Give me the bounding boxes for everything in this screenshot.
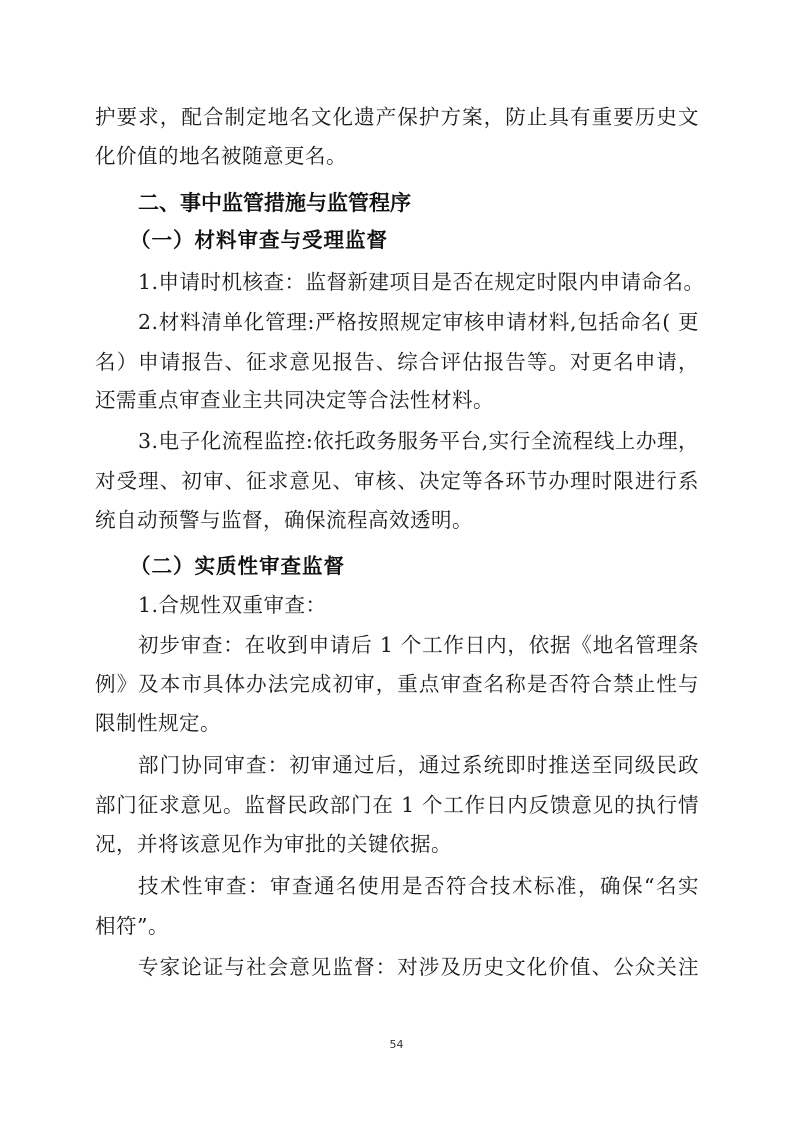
body-line: 1.合规性双重审查：	[138, 590, 699, 620]
body-line: 名）申请报告、征求意见报告、综合评估报告等。对更名申请，	[95, 347, 699, 377]
body-line: 限制性规定。	[95, 708, 699, 738]
body-line: 护要求，配合制定地名文化遗产保护方案，防止具有重要历史文	[95, 102, 699, 132]
subsection-heading: （一）材料审查与受理监督	[130, 225, 388, 255]
body-line: 相符”。	[95, 911, 699, 941]
page-number: 54	[0, 1038, 793, 1051]
body-line: 2.材料清单化管理:严格按照规定审核申请材料,包括命名( 更	[138, 307, 699, 337]
body-line: 况，并将该意见作为审批的关键依据。	[95, 829, 699, 859]
body-line: 1.申请时机核查：监督新建项目是否在规定时限内申请命名。	[138, 267, 699, 297]
body-line: 技术性审查：审查通名使用是否符合技术标准，确保“名实	[138, 871, 699, 901]
body-line: 初步审查：在收到申请后 1 个工作日内，依据《地名管理条	[138, 630, 699, 660]
body-line: 例》及本市具体办法完成初审，重点审查名称是否符合禁止性与	[95, 669, 699, 699]
body-line: 化价值的地名被随意更名。	[95, 141, 699, 171]
body-line: 部门征求意见。监督民政部门在 1 个工作日内反馈意见的执行情	[95, 790, 699, 820]
section-heading: 二、事中监管措施与监管程序	[138, 188, 411, 218]
body-line: 还需重点审查业主共同决定等合法性材料。	[95, 385, 699, 415]
body-line: 对受理、初审、征求意见、审核、决定等各环节办理时限进行系	[95, 466, 699, 496]
subsection-heading: （二）实质性审查监督	[130, 551, 345, 581]
body-line: 统自动预警与监督，确保流程高效透明。	[95, 505, 699, 535]
body-line: 部门协同审查：初审通过后，通过系统即时推送至同级民政	[138, 750, 699, 780]
body-line: 3.电子化流程监控:依托政务服务平台,实行全流程线上办理，	[138, 426, 699, 456]
document-page: 护要求，配合制定地名文化遗产保护方案，防止具有重要历史文 化价值的地名被随意更名…	[0, 0, 793, 1122]
body-line: 专家论证与社会意见监督：对涉及历史文化价值、公众关注	[138, 952, 699, 982]
